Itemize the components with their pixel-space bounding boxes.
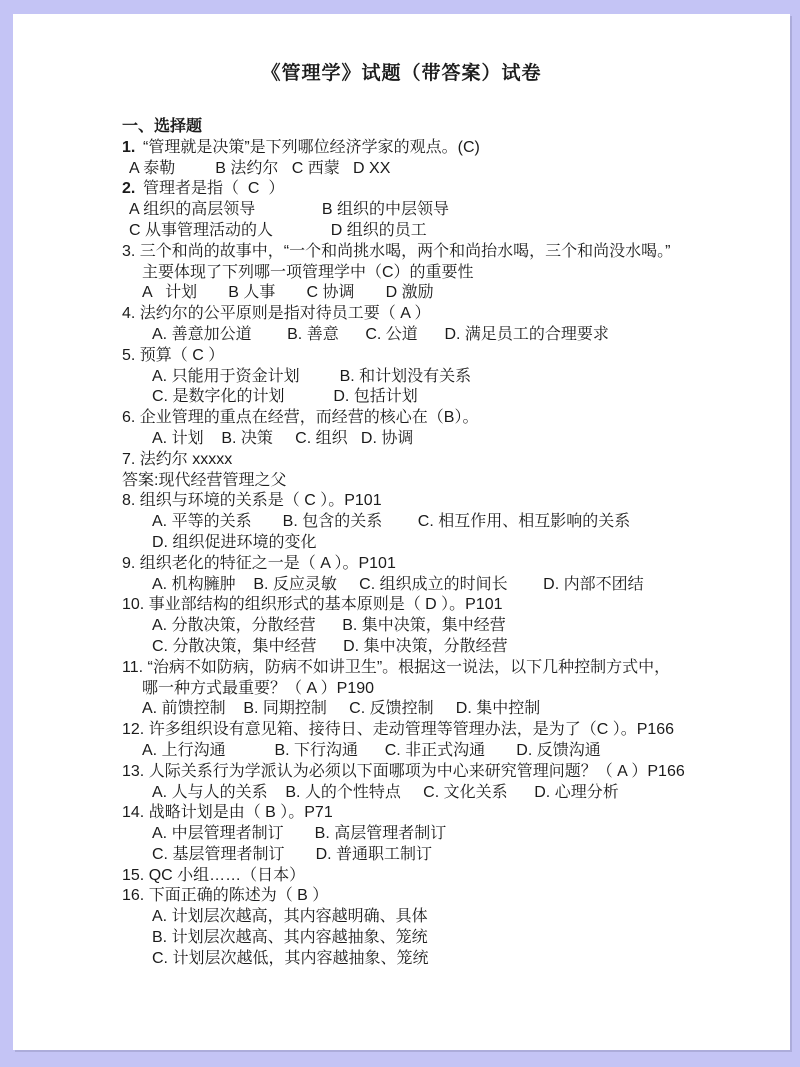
line-text: 5. 预算（ C ） — [122, 347, 224, 364]
line-text: A. 分散决策，分散经营 B. 集中决策，集中经营 — [152, 617, 506, 634]
document-line: A. 平等的关系 B. 包含的关系 C. 相互作用、相互影响的关系 — [122, 512, 760, 533]
document-line: 16. 下面正确的陈述为（ B ） — [122, 886, 760, 907]
document-line: 2.管理者是指（ C ） — [122, 179, 760, 200]
document-line: A. 善意加公道 B. 善意 C. 公道 D. 满足员工的合理要求 — [122, 325, 760, 346]
line-text: D. 组织促进环境的变化 — [152, 534, 316, 551]
question-number: 2. — [122, 179, 143, 200]
line-text: 11. “治病不如防病，防病不如讲卫生”。根据这一说法，以下几种控制方式中， — [122, 659, 670, 676]
line-text: A. 计划层次越高，其内容越明确、具体 — [152, 908, 428, 925]
document-line: A. 机构臃肿 B. 反应灵敏 C. 组织成立的时间长 D. 内部不团结 — [122, 575, 760, 596]
document-line: 3. 三个和尚的故事中，“一个和尚挑水喝，两个和尚抬水喝，三个和尚没水喝。” — [122, 242, 760, 263]
line-text: 3. 三个和尚的故事中，“一个和尚挑水喝，两个和尚抬水喝，三个和尚没水喝。” — [122, 243, 670, 260]
line-text: C. 是数字化的计划 D. 包括计划 — [152, 388, 418, 405]
line-text: A. 只能用于资金计划 B. 和计划没有关系 — [152, 368, 471, 385]
document-line: A. 计划层次越高，其内容越明确、具体 — [122, 907, 760, 928]
line-text: 7. 法约尔 xxxxx — [122, 451, 232, 468]
line-text: “管理就是决策”是下列哪位经济学家的观点。(C) — [143, 139, 480, 156]
document-line: B. 计划层次越高、其内容越抽象、笼统 — [122, 928, 760, 949]
line-text: A. 善意加公道 B. 善意 C. 公道 D. 满足员工的合理要求 — [152, 326, 609, 343]
document-line: D. 组织促进环境的变化 — [122, 533, 760, 554]
line-text: 15. QC 小组……（日本） — [122, 867, 305, 884]
line-text: C. 计划层次越低，其内容越抽象、笼统 — [152, 950, 428, 967]
line-text: 9. 组织老化的特征之一是（ A ）。P101 — [122, 555, 396, 572]
line-text: A. 计划 B. 决策 C. 组织 D. 协调 — [152, 430, 413, 447]
line-text: A. 人与人的关系 B. 人的个性特点 C. 文化关系 D. 心理分析 — [152, 784, 619, 801]
document-line: 4. 法约尔的公平原则是指对待员工要（ A ） — [122, 304, 760, 325]
document-line: 10. 事业部结构的组织形式的基本原则是（ D ）。P101 — [122, 595, 760, 616]
line-text: A. 机构臃肿 B. 反应灵敏 C. 组织成立的时间长 D. 内部不团结 — [152, 576, 644, 593]
document-line: A 泰勒 B 法约尔 C 西蒙 D XX — [122, 159, 760, 180]
document-line: 答案:现代经营管理之父 — [122, 471, 760, 492]
scanned-exam-page: { "page": { "border_color": "#c4c4f5", "… — [0, 0, 800, 1067]
document-line: 14. 战略计划是由（ B ）。P71 — [122, 803, 760, 824]
exam-paper: 《管理学》试题（带答案）试卷 一、选择题 1.“管理就是决策”是下列哪位经济学家… — [13, 14, 790, 1050]
question-number: 1. — [122, 138, 143, 159]
line-text: 14. 战略计划是由（ B ）。P71 — [122, 804, 333, 821]
line-text: C. 基层管理者制订 D. 普通职工制订 — [152, 846, 432, 863]
line-text: A 组织的高层领导 B 组织的中层领导 — [129, 201, 449, 218]
line-text: B. 计划层次越高、其内容越抽象、笼统 — [152, 929, 428, 946]
document-line: A. 计划 B. 决策 C. 组织 D. 协调 — [122, 429, 760, 450]
document-line: A. 分散决策，分散经营 B. 集中决策，集中经营 — [122, 616, 760, 637]
document-line: 12. 许多组织设有意见箱、接待日、走动管理等管理办法，是为了（C ）。P166 — [122, 720, 760, 741]
line-text: 4. 法约尔的公平原则是指对待员工要（ A ） — [122, 305, 430, 322]
document-line: A. 只能用于资金计划 B. 和计划没有关系 — [122, 367, 760, 388]
line-text: C 从事管理活动的人 D 组织的员工 — [129, 222, 427, 239]
document-line: 1.“管理就是决策”是下列哪位经济学家的观点。(C) — [122, 138, 760, 159]
document-line: A. 人与人的关系 B. 人的个性特点 C. 文化关系 D. 心理分析 — [122, 783, 760, 804]
document-line: 7. 法约尔 xxxxx — [122, 450, 760, 471]
document-line: 5. 预算（ C ） — [122, 346, 760, 367]
document-line: 15. QC 小组……（日本） — [122, 866, 760, 887]
line-text: A 计划 B 人事 C 协调 D 激励 — [142, 284, 434, 301]
document-line: A. 中层管理者制订 B. 高层管理者制订 — [122, 824, 760, 845]
document-line: 8. 组织与环境的关系是（ C ）。P101 — [122, 491, 760, 512]
line-text: 哪一种方式最重要？（ A ）P190 — [142, 680, 374, 697]
line-text: A. 前馈控制 B. 同期控制 C. 反馈控制 D. 集中控制 — [142, 700, 540, 717]
document-line: 主要体现了下列哪一项管理学中（C）的重要性 — [122, 263, 760, 284]
document-line: C. 计划层次越低，其内容越抽象、笼统 — [122, 949, 760, 970]
document-line: A. 上行沟通 B. 下行沟通 C. 非正式沟通 D. 反馈沟通 — [122, 741, 760, 762]
line-text: 主要体现了下列哪一项管理学中（C）的重要性 — [142, 264, 474, 281]
line-text: C. 分散决策，集中经营 D. 集中决策，分散经营 — [152, 638, 508, 655]
page-title: 《管理学》试题（带答案）试卷 — [13, 58, 790, 85]
line-text: A. 上行沟通 B. 下行沟通 C. 非正式沟通 D. 反馈沟通 — [142, 742, 601, 759]
document-line: A 计划 B 人事 C 协调 D 激励 — [122, 283, 760, 304]
document-line: C 从事管理活动的人 D 组织的员工 — [122, 221, 760, 242]
document-line: A 组织的高层领导 B 组织的中层领导 — [122, 200, 760, 221]
line-text: A 泰勒 B 法约尔 C 西蒙 D XX — [129, 160, 390, 177]
document-body: 一、选择题 1.“管理就是决策”是下列哪位经济学家的观点。(C)A 泰勒 B 法… — [13, 117, 790, 970]
document-line: C. 分散决策，集中经营 D. 集中决策，分散经营 — [122, 637, 760, 658]
document-line: 9. 组织老化的特征之一是（ A ）。P101 — [122, 554, 760, 575]
document-line: 13. 人际关系行为学派认为必须以下面哪项为中心来研究管理问题？（ A ）P16… — [122, 762, 760, 783]
line-text: 6. 企业管理的重点在经营，而经营的核心在（B）。 — [122, 409, 478, 426]
section-heading: 一、选择题 — [122, 117, 760, 138]
line-text: 12. 许多组织设有意见箱、接待日、走动管理等管理办法，是为了（C ）。P166 — [122, 721, 674, 738]
line-text: 16. 下面正确的陈述为（ B ） — [122, 887, 328, 904]
document-lines: 1.“管理就是决策”是下列哪位经济学家的观点。(C)A 泰勒 B 法约尔 C 西… — [122, 138, 760, 970]
document-line: C. 是数字化的计划 D. 包括计划 — [122, 387, 760, 408]
line-text: 13. 人际关系行为学派认为必须以下面哪项为中心来研究管理问题？（ A ）P16… — [122, 763, 685, 780]
document-line: C. 基层管理者制订 D. 普通职工制订 — [122, 845, 760, 866]
document-line: 6. 企业管理的重点在经营，而经营的核心在（B）。 — [122, 408, 760, 429]
document-line: 哪一种方式最重要？（ A ）P190 — [122, 679, 760, 700]
line-text: 答案:现代经营管理之父 — [122, 472, 286, 489]
line-text: A. 平等的关系 B. 包含的关系 C. 相互作用、相互影响的关系 — [152, 513, 630, 530]
document-line: A. 前馈控制 B. 同期控制 C. 反馈控制 D. 集中控制 — [122, 699, 760, 720]
line-text: A. 中层管理者制订 B. 高层管理者制订 — [152, 825, 446, 842]
line-text: 8. 组织与环境的关系是（ C ）。P101 — [122, 492, 382, 509]
line-text: 10. 事业部结构的组织形式的基本原则是（ D ）。P101 — [122, 596, 503, 613]
document-line: 11. “治病不如防病，防病不如讲卫生”。根据这一说法，以下几种控制方式中， — [122, 658, 760, 679]
line-text: 管理者是指（ C ） — [143, 180, 284, 197]
